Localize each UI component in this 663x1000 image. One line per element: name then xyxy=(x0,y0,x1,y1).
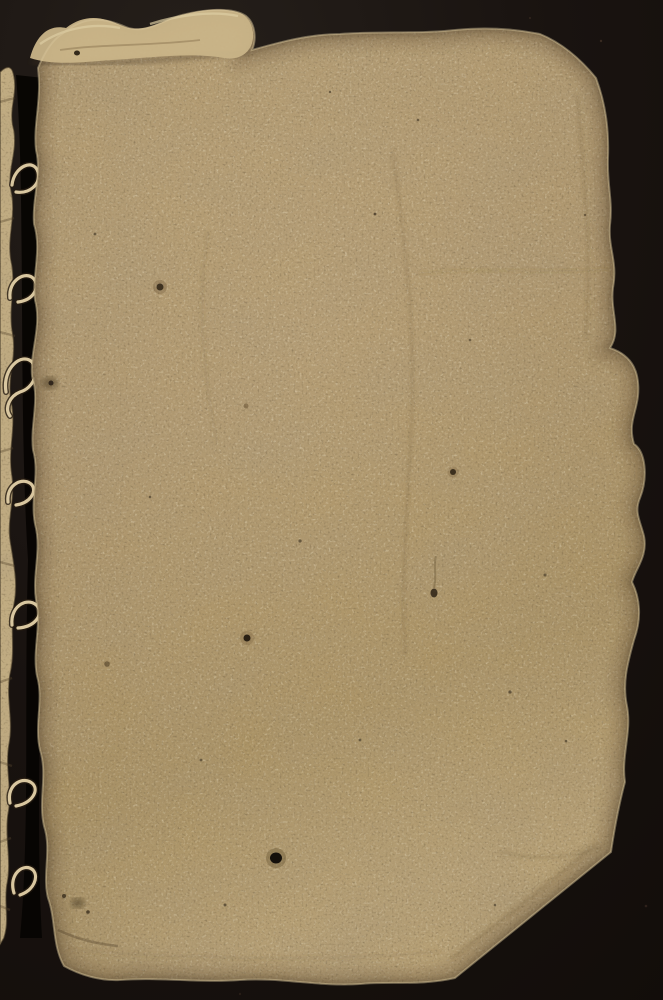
speck xyxy=(417,119,420,122)
speck xyxy=(544,574,547,577)
speck xyxy=(450,469,456,475)
speck xyxy=(104,661,110,667)
speck xyxy=(431,589,438,598)
dust-speck xyxy=(529,17,531,19)
speck xyxy=(508,690,511,693)
speck xyxy=(49,381,54,386)
speck xyxy=(565,740,568,743)
cover-sheet xyxy=(0,0,663,1000)
dust-speck xyxy=(645,905,648,908)
speck xyxy=(86,910,90,914)
speck xyxy=(298,539,301,542)
stain-tail xyxy=(434,556,436,588)
speck xyxy=(329,91,331,93)
speck xyxy=(244,635,251,642)
speck xyxy=(157,284,164,291)
cover-texture xyxy=(0,0,663,1000)
speck xyxy=(494,904,497,907)
speck xyxy=(584,214,586,216)
cover-vignette xyxy=(32,10,645,985)
speck xyxy=(62,894,66,898)
manuscript-cover-photo: Aged blank handmade-paper cover of a bou… xyxy=(0,0,663,1000)
speck xyxy=(244,404,249,409)
speck xyxy=(200,759,203,762)
speck xyxy=(374,213,377,216)
dust-speck xyxy=(239,993,241,995)
dust-speck xyxy=(600,40,602,42)
speck xyxy=(74,51,80,56)
stain-smudge xyxy=(71,898,85,908)
speck xyxy=(359,739,362,742)
photo-canvas xyxy=(0,0,663,1000)
speck xyxy=(94,233,97,236)
speck xyxy=(469,339,472,342)
speck xyxy=(224,904,227,907)
speck xyxy=(149,496,152,499)
ink-blob xyxy=(270,853,282,864)
